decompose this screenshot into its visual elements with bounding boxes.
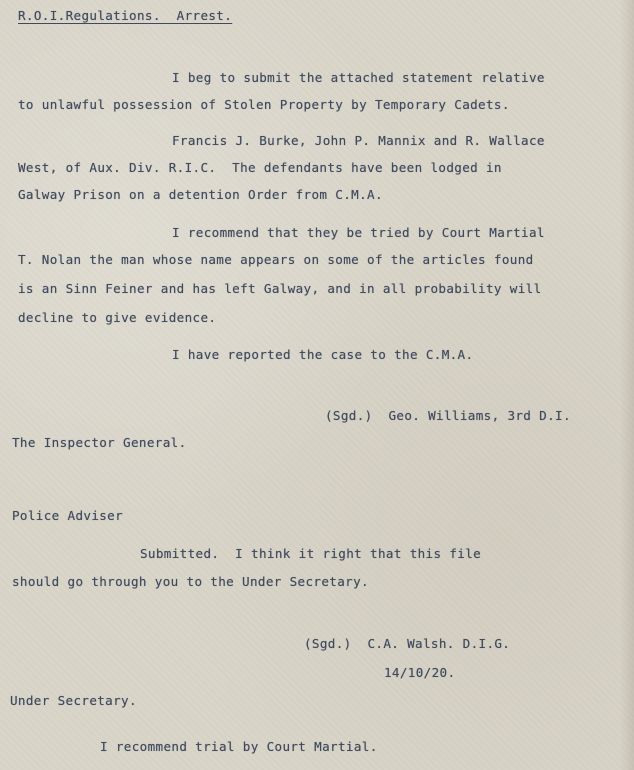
document-page: R.O.I.Regulations. Arrest. I beg to subm… — [0, 0, 634, 770]
report-line: to unlawful possession of Stolen Propert… — [18, 97, 510, 112]
report-line: I have reported the case to the C.M.A. — [172, 347, 473, 362]
report-line: Galway Prison on a detention Order from … — [18, 187, 383, 202]
minute-1-signature: (Sgd.) C.A. Walsh. D.I.G. — [304, 636, 510, 651]
report-line: I beg to submit the attached statement r… — [172, 70, 545, 85]
report-line: is an Sinn Feiner and has left Galway, a… — [18, 281, 542, 296]
paper-edge-shadow — [620, 0, 634, 770]
document-heading: R.O.I.Regulations. Arrest. — [18, 8, 232, 23]
report-line: I recommend that they be tried by Court … — [172, 225, 545, 240]
minute-1-addressee: Police Adviser — [12, 508, 123, 523]
minute-2-line: I recommend trial by Court Martial. — [100, 739, 378, 754]
minute-1-date: 14/10/20. — [384, 665, 455, 680]
report-addressee: The Inspector General. — [12, 435, 187, 450]
minute-1-line: should go through you to the Under Secre… — [12, 574, 369, 589]
report-line: West, of Aux. Div. R.I.C. The defendants… — [18, 160, 502, 175]
minute-2-addressee: Under Secretary. — [10, 693, 137, 708]
report-line: decline to give evidence. — [18, 310, 216, 325]
report-line: T. Nolan the man whose name appears on s… — [18, 252, 534, 267]
minute-1-line: Submitted. I think it right that this fi… — [140, 546, 481, 561]
report-line: Francis J. Burke, John P. Mannix and R. … — [172, 133, 545, 148]
report-signature: (Sgd.) Geo. Williams, 3rd D.I. — [325, 408, 571, 423]
